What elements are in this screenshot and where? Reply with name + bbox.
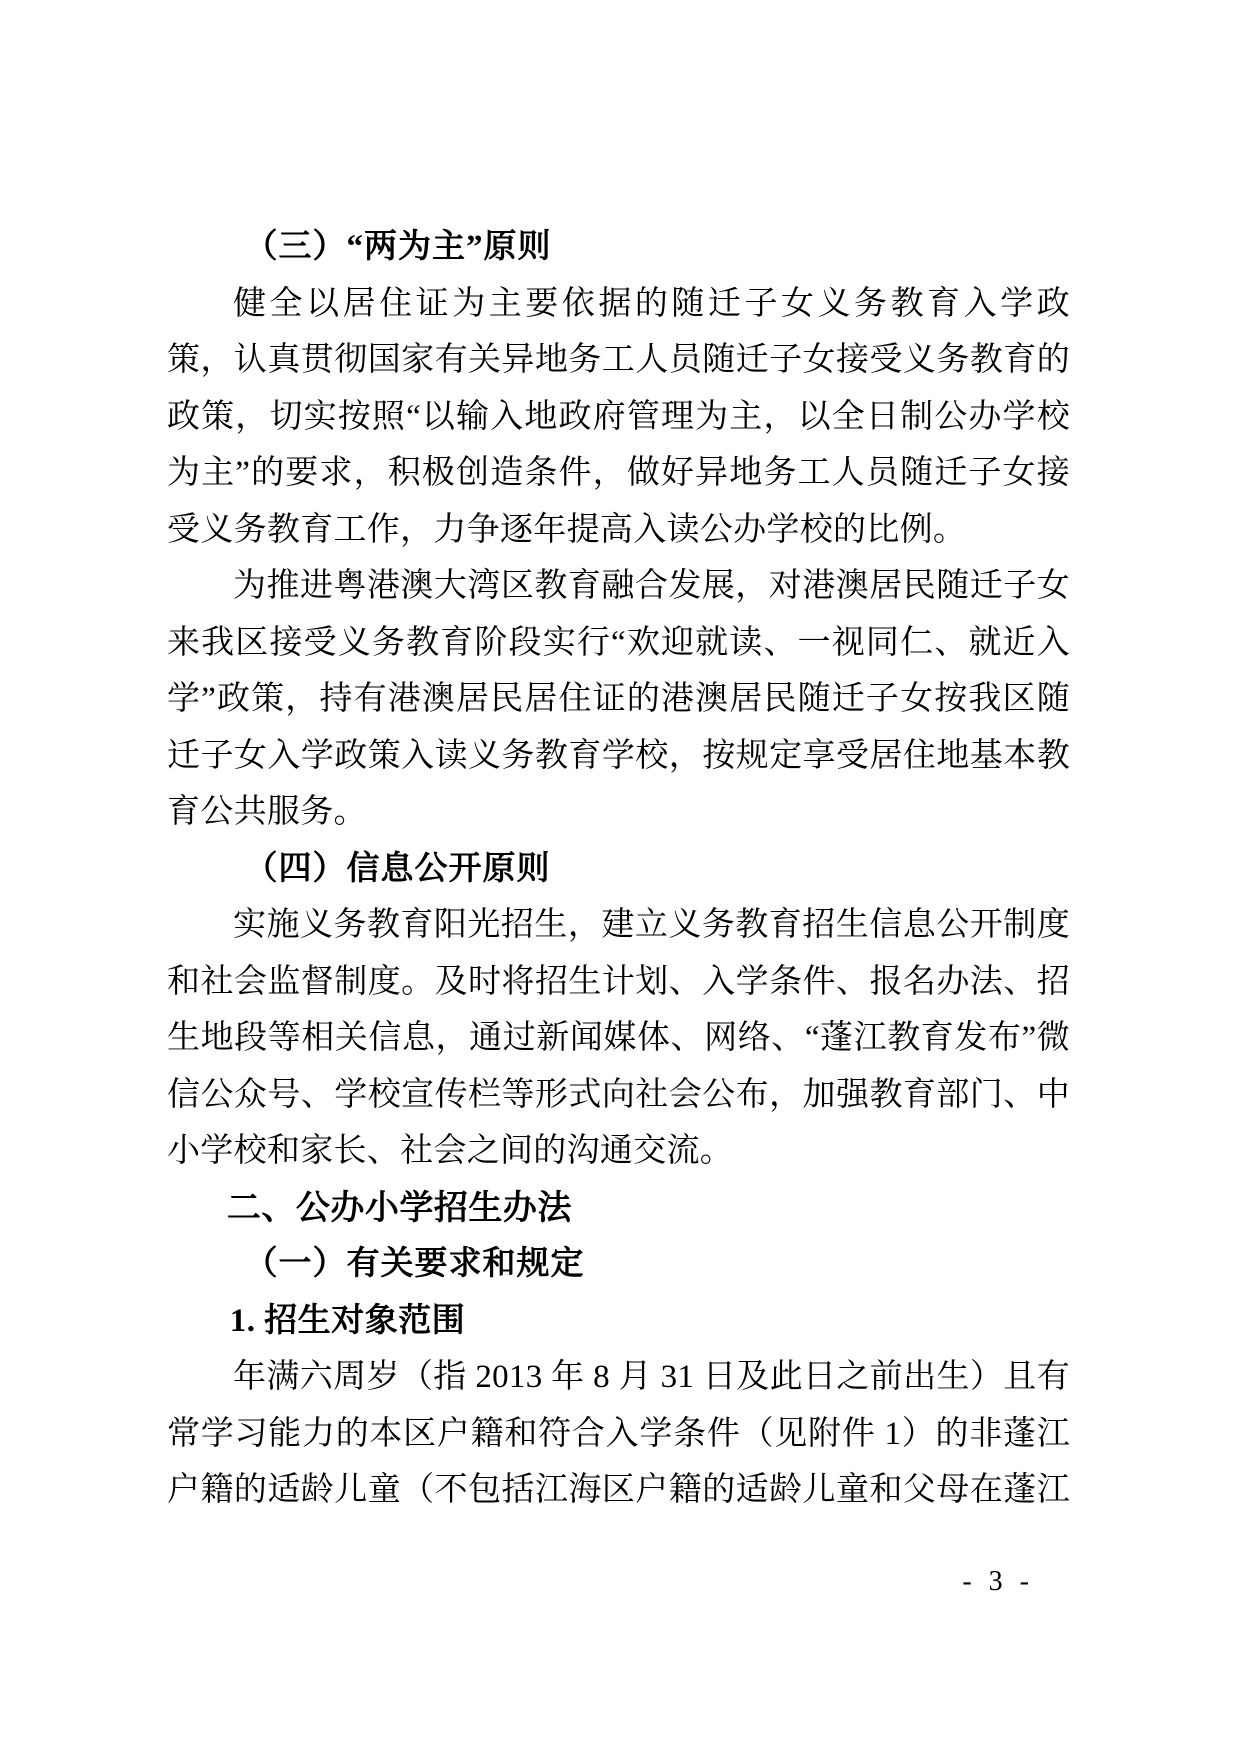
paragraph-line: 实施义务教育阳光招生，建立义务教育招生信息公开制度 xyxy=(167,897,1070,954)
paragraph-line: 策，认真贯彻国家有关异地务工人员随迁子女接受义务教育的 xyxy=(167,332,1070,389)
paragraph-line: 为主”的要求，积极创造条件，做好异地务工人员随迁子女接 xyxy=(167,445,1070,502)
heading-subsection-one: （一）有关要求和规定 xyxy=(167,1236,1070,1293)
paragraph-line: 常学习能力的本区户籍和符合入学条件（见附件 1）的非蓬江区 xyxy=(167,1406,1070,1463)
paragraph-line: 受义务教育工作，力争逐年提高入读公办学校的比例。 xyxy=(167,502,1070,559)
paragraph-line: 小学校和家长、社会之间的沟通交流。 xyxy=(167,1123,1070,1180)
paragraph-line: 信公众号、学校宣传栏等形式向社会公布，加强教育部门、中 xyxy=(167,1067,1070,1124)
paragraph-line: 为推进粤港澳大湾区教育融合发展，对港澳居民随迁子女 xyxy=(167,558,1070,615)
paragraph-line: 健全以居住证为主要依据的随迁子女义务教育入学政 xyxy=(167,276,1070,333)
paragraph-line: 来我区接受义务教育阶段实行“欢迎就读、一视同仁、就近入 xyxy=(167,615,1070,672)
heading-chapter-two: 二、公办小学招生办法 xyxy=(167,1180,1070,1237)
paragraph-line: 迁子女入学政策入读义务教育学校，按规定享受居住地基本教 xyxy=(167,728,1070,785)
document-body: （三）“两为主”原则 健全以居住证为主要依据的随迁子女义务教育入学政 策，认真贯… xyxy=(167,219,1070,1519)
paragraph-line: 学”政策，持有港澳居民居住证的港澳居民随迁子女按我区随 xyxy=(167,671,1070,728)
heading-section-four: （四）信息公开原则 xyxy=(167,841,1070,898)
paragraph-line: 户籍的适龄儿童（不包括江海区户籍的适龄儿童和父母在蓬江区 xyxy=(167,1462,1070,1519)
paragraph-line: 育公共服务。 xyxy=(167,784,1070,841)
heading-section-three: （三）“两为主”原则 xyxy=(167,219,1070,276)
paragraph-line: 生地段等相关信息，通过新闻媒体、网络、“蓬江教育发布”微 xyxy=(167,1010,1070,1067)
paragraph-line: 和社会监督制度。及时将招生计划、入学条件、报名办法、招 xyxy=(167,954,1070,1011)
page-number: - 3 - xyxy=(962,1566,1034,1598)
paragraph-line: 政策，切实按照“以输入地政府管理为主，以全日制公办学校 xyxy=(167,389,1070,446)
paragraph-line: 年满六周岁（指 2013 年 8 月 31 日及此日之前出生）且有正 xyxy=(167,1349,1070,1406)
heading-item-1: 1. 招生对象范围 xyxy=(167,1293,1070,1350)
document-page: （三）“两为主”原则 健全以居住证为主要依据的随迁子女义务教育入学政 策，认真贯… xyxy=(0,0,1240,1754)
